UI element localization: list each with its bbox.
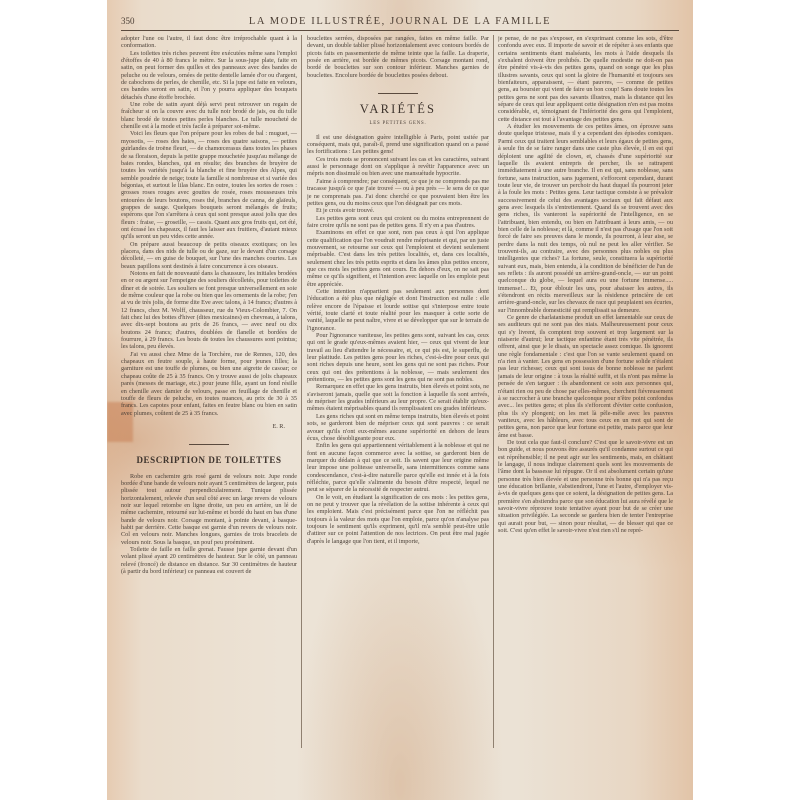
paragraph: Les gens riches qui sont en même temps i… (307, 413, 489, 442)
paragraph: Voici les fleurs que l'on prépare pour l… (121, 130, 297, 240)
paragraph: J'ai vu aussi chez Mme de la Torchère, r… (121, 351, 297, 417)
column-1: adopter l'une ou l'autre, il faut donc ê… (121, 35, 297, 786)
paragraph: Examinons en effet ce que sont, non pas … (307, 229, 489, 288)
paragraph: Pour l'ignorance vaniteuse, les petites … (307, 332, 489, 383)
paragraph: Les petites gens sont ceux qui croient o… (307, 215, 489, 230)
section-divider (189, 444, 229, 445)
paragraph: Remarquez en effet que les gens instruit… (307, 383, 489, 412)
section-title-varietes: VARIÉTÉS (307, 106, 489, 113)
paragraph: Cette intention n'appartient pas seuleme… (307, 288, 489, 332)
paragraph: je pense, de ne pas s'exposer, en s'expr… (498, 35, 673, 123)
paragraph: Une robe de satin ayant déjà servi peut … (121, 101, 297, 130)
paragraph: Et je crois avoir trouvé. (307, 207, 489, 214)
paragraph: Enfin les gens qui appartiennent véritab… (307, 442, 489, 493)
column-divider (301, 35, 302, 748)
paragraph: Les toilettes très riches peuvent être e… (121, 50, 297, 101)
paragraph: Robe en cachemire gris rosé garni de vel… (121, 473, 297, 546)
paragraph: Notons en fait de nouveauté dans la chau… (121, 270, 297, 351)
section-title-description: DESCRIPTION DE TOILETTES (121, 457, 297, 464)
paragraph: Ces trois mots se prononcent suivant les… (307, 156, 489, 178)
paragraph: De tout cela que faut-il conclure? C'est… (498, 439, 673, 534)
paragraph: On prépare aussi beaucoup de petits oise… (121, 241, 297, 270)
page-header: 350 LA MODE ILLUSTRÉE, JOURNAL DE LA FAM… (121, 12, 679, 31)
paragraph: Toilette de faille en faille grenat. Fau… (121, 546, 297, 575)
author-signature: E. R. (121, 423, 297, 430)
column-3: je pense, de ne pas s'exposer, en s'expr… (498, 35, 673, 786)
paragraph: adopter l'une ou l'autre, il faut donc ê… (121, 35, 297, 50)
section-divider (378, 93, 418, 94)
article-subtitle: LES PETITES GENS. (307, 120, 489, 127)
paragraph: On le voit, en étudiant la signification… (307, 494, 489, 545)
column-2: bouclettes serrées, disposées par rangée… (307, 35, 489, 786)
paragraph: Il est une désignation guère intelligibl… (307, 134, 489, 156)
paragraph: Ce genre de charlatanisme produit un eff… (498, 314, 673, 439)
newspaper-page: 350 LA MODE ILLUSTRÉE, JOURNAL DE LA FAM… (107, 0, 693, 800)
paragraph: A étudier les mouvements de ces petites … (498, 123, 673, 314)
paragraph: J'aime à comprendre; par conséquent, ce … (307, 178, 489, 207)
running-title: LA MODE ILLUSTRÉE, JOURNAL DE LA FAMILLE (121, 16, 679, 27)
column-divider (493, 35, 494, 748)
paragraph: bouclettes serrées, disposées par rangée… (307, 35, 489, 79)
